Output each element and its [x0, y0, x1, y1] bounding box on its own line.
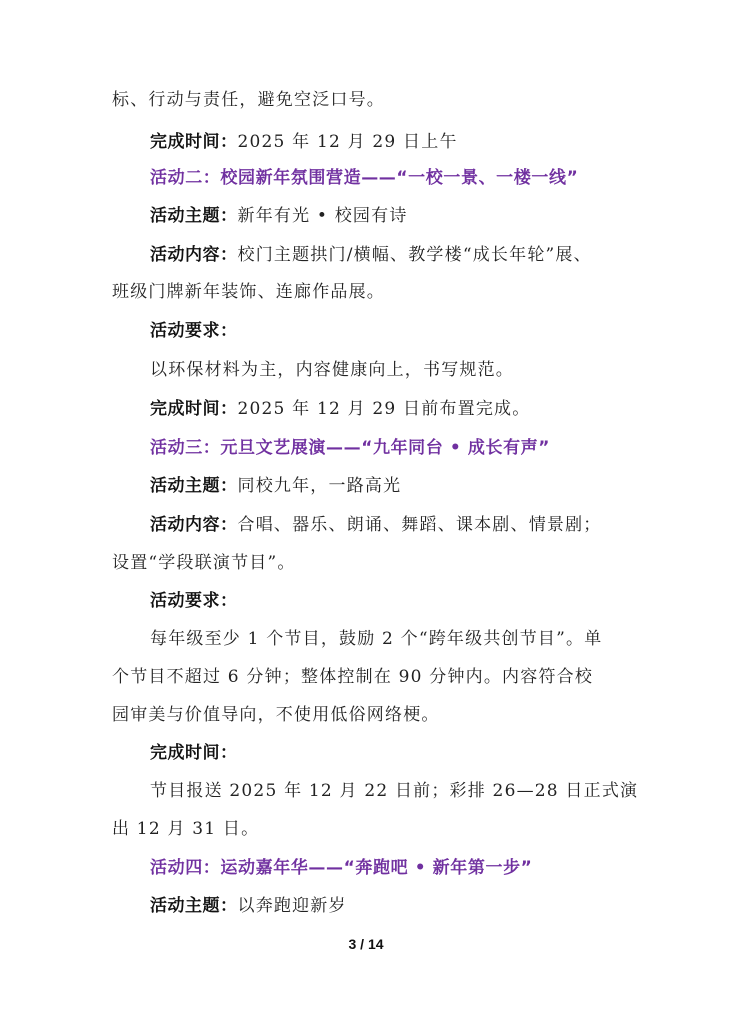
completion-time-label: 完成时间： — [150, 741, 670, 765]
activity-content-line: 活动内容：合唱、器乐、朗诵、舞蹈、课本剧、情景剧； — [150, 513, 670, 537]
paragraph-text: 每年级至少 1 个节目，鼓励 2 个“跨年级共创节目”。单 — [150, 629, 602, 649]
activity-theme-line: 活动主题：同校九年，一路高光 — [150, 474, 670, 498]
paragraph-continuation: 个节目不超过 6 分钟；整体控制在 90 分钟内。内容符合校 — [112, 665, 632, 689]
field-label: 完成时间： — [150, 132, 238, 152]
field-label: 活动主题： — [150, 476, 238, 496]
completion-time-line: 完成时间：2025 年 12 月 29 日上午 — [150, 130, 670, 154]
activity-content-line: 活动内容：校门主题拱门/横幅、教学楼“成长年轮”展、 — [150, 243, 670, 267]
requirement-text: 以环保材料为主，内容健康向上，书写规范。 — [150, 358, 670, 382]
activity-requirement-label: 活动要求： — [150, 589, 670, 613]
field-label: 活动要求： — [150, 591, 238, 611]
field-label: 完成时间： — [150, 399, 238, 419]
paragraph-text: 园审美与价值导向，不使用低俗网络梗。 — [112, 705, 440, 725]
activity-theme-line: 活动主题：以奔跑迎新岁 — [150, 894, 670, 918]
paragraph-continuation: 出 12 月 31 日。 — [112, 817, 632, 841]
paragraph-text: 出 12 月 31 日。 — [112, 819, 259, 839]
completion-time-line: 完成时间：2025 年 12 月 29 日前布置完成。 — [150, 397, 670, 421]
field-label: 完成时间： — [150, 743, 238, 763]
activity-requirement-label: 活动要求： — [150, 319, 670, 343]
field-label: 活动内容： — [150, 515, 238, 535]
page-number: 3 / 14 — [0, 936, 732, 952]
schedule-text: 节目报送 2025 年 12 月 22 日前；彩排 26—28 日正式演 — [150, 779, 670, 803]
paragraph-continuation: 标、行动与责任，避免空泛口号。 — [112, 88, 632, 112]
activity-four-heading: 活动四：运动嘉年华——“奔跑吧 • 新年第一步” — [150, 856, 670, 880]
paragraph-text: 节目报送 2025 年 12 月 22 日前；彩排 26—28 日正式演 — [150, 781, 638, 801]
paragraph-continuation: 班级门牌新年装饰、连廊作品展。 — [112, 280, 632, 304]
paragraph-continuation: 园审美与价值导向，不使用低俗网络梗。 — [112, 703, 632, 727]
paragraph-text: 以环保材料为主，内容健康向上，书写规范。 — [150, 360, 514, 380]
field-value: 以奔跑迎新岁 — [238, 896, 347, 916]
field-value: 新年有光 • 校园有诗 — [238, 206, 408, 226]
activity-theme-line: 活动主题：新年有光 • 校园有诗 — [150, 204, 670, 228]
field-value: 同校九年，一路高光 — [238, 476, 402, 496]
field-value: 校门主题拱门/横幅、教学楼“成长年轮”展、 — [238, 245, 592, 265]
activity-three-heading: 活动三：元旦文艺展演——“九年同台 • 成长有声” — [150, 436, 670, 460]
paragraph-continuation: 设置“学段联演节目”。 — [112, 551, 632, 575]
activity-two-heading: 活动二：校园新年氛围营造——“一校一景、一楼一线” — [150, 166, 670, 190]
field-label: 活动主题： — [150, 206, 238, 226]
field-value: 2025 年 12 月 29 日前布置完成。 — [238, 399, 531, 419]
paragraph-text: 个节目不超过 6 分钟；整体控制在 90 分钟内。内容符合校 — [112, 667, 593, 687]
document-page: 标、行动与责任，避免空泛口号。 完成时间：2025 年 12 月 29 日上午 … — [0, 0, 732, 1024]
field-label: 活动内容： — [150, 245, 238, 265]
field-label: 活动主题： — [150, 896, 238, 916]
paragraph-text: 班级门牌新年装饰、连廊作品展。 — [112, 282, 385, 302]
requirement-text: 每年级至少 1 个节目，鼓励 2 个“跨年级共创节目”。单 — [150, 627, 670, 651]
paragraph-text: 设置“学段联演节目”。 — [112, 553, 296, 573]
field-value: 2025 年 12 月 29 日上午 — [238, 132, 458, 152]
field-label: 活动要求： — [150, 321, 238, 341]
field-value: 合唱、器乐、朗诵、舞蹈、课本剧、情景剧； — [238, 515, 602, 535]
paragraph-text: 标、行动与责任，避免空泛口号。 — [112, 90, 385, 110]
